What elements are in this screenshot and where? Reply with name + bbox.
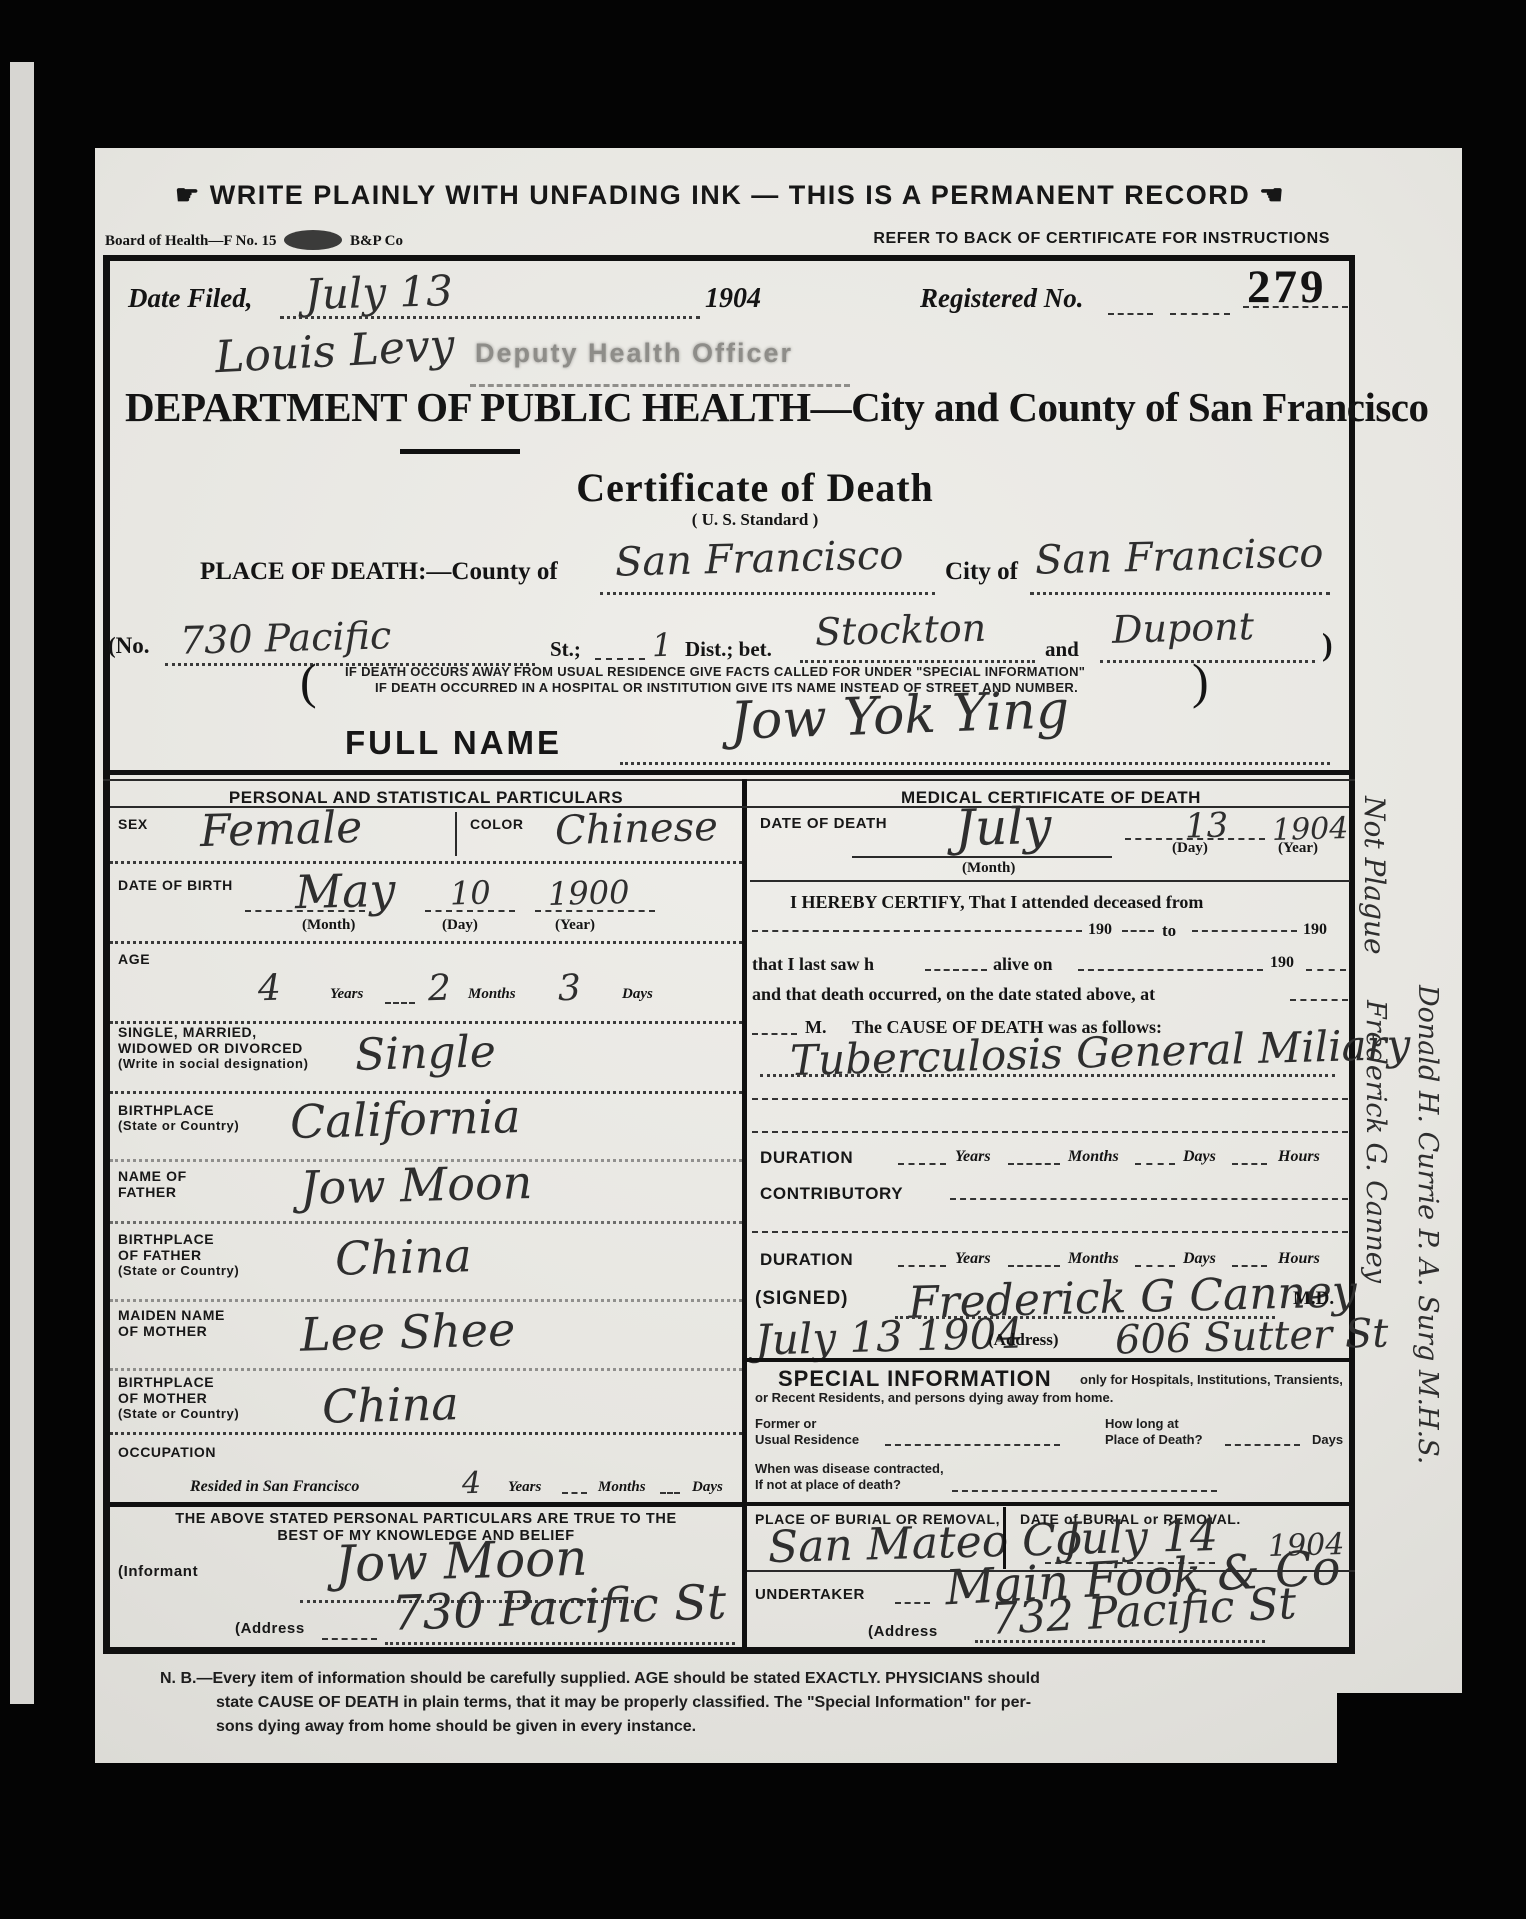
county-value: San Francisco	[614, 532, 904, 586]
dob-year-cap: (Year)	[555, 917, 595, 934]
margin-note-canney: Frederick G. Canney	[1360, 1000, 1391, 1283]
undertaker-address-line	[975, 1640, 1265, 1643]
father-bp-sub: (State or Country)	[118, 1263, 239, 1278]
duration2-years: Years	[955, 1250, 991, 1268]
row-line-7	[110, 1299, 742, 1302]
occurred-fill	[1290, 999, 1348, 1001]
certify-line-1: I HEREBY CERTIFY, That I attended deceas…	[790, 892, 1203, 913]
lastsaw-label-b: alive on	[993, 954, 1053, 975]
informant-address-fill	[322, 1638, 377, 1640]
dob-day-cap: (Day)	[442, 917, 478, 934]
scanned-document-photo: ☛ WRITE PLAINLY WITH UNFADING INK — THIS…	[0, 0, 1526, 1919]
informant-address-line	[385, 1642, 735, 1645]
mother-bp-value: China	[321, 1376, 459, 1434]
street-no-value: 730 Pacific	[179, 613, 391, 663]
certify-fill-3	[1192, 930, 1297, 932]
dod-label: DATE OF DEATH	[760, 815, 887, 832]
duration2-days: Days	[1183, 1250, 1216, 1268]
duration1-hours: Hours	[1278, 1148, 1320, 1166]
birthplace-value: California	[289, 1089, 521, 1149]
contracted-label-2: If not at place of death?	[755, 1477, 901, 1492]
and-label: and	[1045, 637, 1079, 662]
age-months-value: 2	[427, 968, 451, 1010]
contributory-label: CONTRIBUTORY	[760, 1184, 903, 1204]
sex-value: Female	[199, 802, 363, 857]
duration2-fill-1	[898, 1265, 946, 1267]
registered-no-line1	[1108, 313, 1153, 315]
between2-value: Dupont	[1111, 604, 1254, 652]
lastsaw-fill-1	[925, 969, 987, 971]
father-bp-value: China	[334, 1228, 472, 1286]
full-name-value: Jow Yok Ying	[729, 680, 1070, 752]
banner-text: WRITE PLAINLY WITH UNFADING INK — THIS I…	[210, 180, 1251, 210]
note-close-paren: )	[1192, 652, 1209, 710]
father-label-1: NAME OF	[118, 1168, 187, 1184]
form-id-line: Board of Health—F No. 15 B&P Co	[105, 230, 403, 250]
nb-line-2: state CAUSE OF DEATH in plain terms, tha…	[216, 1694, 1031, 1712]
resided-years-value: 4	[462, 1466, 482, 1501]
duration2-fill-2	[1008, 1265, 1060, 1267]
date-filed-label: Date Filed,	[128, 283, 252, 314]
duration1-fill-4	[1232, 1163, 1267, 1165]
howlong-fill	[1225, 1444, 1300, 1446]
mother-label-1: MAIDEN NAME	[118, 1307, 225, 1323]
occupation-label: OCCUPATION	[118, 1444, 216, 1460]
box-left-border	[103, 255, 110, 1654]
special-info-title: SPECIAL INFORMATION	[778, 1366, 1052, 1392]
certify-fill-1	[752, 930, 1082, 932]
city-value: San Francisco	[1034, 530, 1324, 584]
informant-address-value: 730 Pacific St	[391, 1574, 727, 1642]
duration1-fill-3	[1135, 1163, 1175, 1165]
undertaker-label: UNDERTAKER	[755, 1586, 865, 1603]
cause-blank-1	[752, 1098, 1348, 1100]
duration1-fill-1	[898, 1163, 946, 1165]
md-label: M.D.	[1293, 1288, 1334, 1310]
marital-label-3: (Write in social designation)	[118, 1056, 309, 1071]
between1-value: Stockton	[814, 606, 986, 654]
county-line	[600, 592, 935, 595]
informant-address-label: (Address	[235, 1620, 305, 1637]
howlong-label-2: Place of Death?	[1105, 1432, 1203, 1447]
refer-note: REFER TO BACK OF CERTIFICATE FOR INSTRUC…	[860, 230, 1330, 248]
deputy-stamp: Deputy Health Officer	[475, 338, 793, 369]
age-months-word: Months	[468, 986, 516, 1003]
burial-rule	[747, 1502, 1355, 1506]
section-rule-thin	[103, 779, 1355, 781]
sex-label: SEX	[118, 816, 148, 832]
date-filed-year: 1904	[705, 283, 761, 315]
dist-label: Dist.; bet.	[685, 637, 772, 662]
box-right-border	[1349, 255, 1355, 1654]
resided-years-word: Years	[508, 1479, 541, 1496]
medical-header: MEDICAL CERTIFICATE OF DEATH	[747, 788, 1355, 808]
registered-no-label: Registered No.	[920, 283, 1083, 314]
ink-stamp	[284, 230, 342, 250]
birthplace-label: BIRTHPLACE	[118, 1102, 214, 1118]
age-days-value: 3	[557, 968, 581, 1010]
age-years-word: Years	[330, 986, 363, 1003]
top-rule	[103, 255, 1355, 261]
title-divider	[400, 449, 520, 454]
duration2-fill-3	[1135, 1265, 1175, 1267]
place-of-death-label: PLACE OF DEATH:—County of	[200, 558, 558, 586]
lastsaw-190: 190	[1270, 954, 1294, 972]
city-label: City of	[945, 558, 1018, 586]
special-info-note-2: or Recent Residents, and persons dying a…	[755, 1390, 1113, 1405]
row-line-6	[110, 1221, 742, 1224]
dob-month-line	[245, 910, 365, 912]
dob-year-line	[535, 910, 655, 912]
marital-label-1: SINGLE, MARRIED,	[118, 1024, 257, 1040]
resided-label: Resided in San Francisco	[190, 1478, 359, 1496]
close-paren: )	[1322, 626, 1333, 663]
resided-days-word: Days	[692, 1479, 723, 1496]
contracted-label-1: When was disease contracted,	[755, 1461, 944, 1476]
color-label: COLOR	[470, 816, 524, 832]
father-bp-label-2: OF FATHER	[118, 1247, 202, 1263]
mother-bp-label-2: OF MOTHER	[118, 1390, 207, 1406]
signed-address-label: (Address)	[988, 1330, 1059, 1350]
mother-bp-sub: (State or Country)	[118, 1406, 239, 1421]
department-title: DEPARTMENT OF PUBLIC HEALTH—City and Cou…	[125, 383, 1340, 431]
dob-label: DATE OF BIRTH	[118, 877, 233, 893]
marital-value: Single	[354, 1026, 496, 1081]
certificate-title: Certificate of Death	[455, 464, 1055, 511]
registered-no-line2	[1170, 313, 1230, 315]
resided-fill-1	[562, 1492, 587, 1494]
certify-fill-2	[1122, 930, 1154, 932]
undertaker-address-label: (Address	[868, 1623, 938, 1640]
press-co-text: B&P Co	[350, 233, 403, 249]
mother-bp-label-1: BIRTHPLACE	[118, 1374, 214, 1390]
signed-label: (SIGNED)	[755, 1288, 849, 1310]
row-line-1	[110, 861, 742, 864]
howlong-days-word: Days	[1312, 1432, 1343, 1447]
dist-no-value: 1	[652, 626, 673, 665]
father-bp-label-1: BIRTHPLACE	[118, 1231, 214, 1247]
contracted-fill	[952, 1490, 1217, 1492]
certify-to: to	[1162, 921, 1176, 941]
signed-address-value: 606 Sutter St	[1114, 1310, 1388, 1363]
contributory-fill	[950, 1198, 1348, 1200]
date-filed-value: July 13	[304, 266, 453, 319]
page-edge-sliver	[10, 62, 34, 1704]
sex-color-divider	[455, 812, 457, 856]
dod-day-cap: (Day)	[1172, 840, 1208, 857]
column-divider	[742, 779, 747, 1652]
date-filed-line	[280, 316, 700, 319]
undertaker-fill	[895, 1602, 930, 1604]
age-years-value: 4	[257, 968, 281, 1010]
color-value: Chinese	[554, 804, 718, 854]
duration2-months: Months	[1068, 1250, 1119, 1268]
former-label-1: Former or	[755, 1416, 816, 1431]
duration1-days: Days	[1183, 1148, 1216, 1166]
duration2-hours: Hours	[1278, 1250, 1320, 1268]
cause-line	[760, 1074, 1335, 1077]
duration1-fill-2	[1008, 1163, 1060, 1165]
age-fill-1	[385, 1002, 415, 1004]
dist-fill	[595, 658, 645, 660]
howlong-label-1: How long at	[1105, 1416, 1179, 1431]
dob-year-value: 1900	[548, 873, 630, 913]
row-line-2	[110, 941, 742, 944]
city-line	[1030, 592, 1330, 595]
section-rule	[103, 770, 1355, 775]
row-line-8	[110, 1368, 742, 1371]
between1-line	[800, 660, 1035, 663]
lastsaw-label-a: that I last saw h	[752, 954, 874, 975]
cause-blank-2	[752, 1131, 1348, 1133]
occurred-label: and that death occurred, on the date sta…	[752, 984, 1155, 1005]
full-name-line	[620, 762, 1330, 765]
special-info-rule	[747, 1358, 1355, 1362]
dod-month-line	[852, 856, 1112, 858]
margin-note-currie: Donald H. Currie P. A. Surg M.H.S.	[1412, 985, 1443, 1464]
marital-label-2: WIDOWED OR DIVORCED	[118, 1040, 303, 1056]
us-standard-note: ( U. S. Standard )	[605, 510, 905, 530]
certify-190-b: 190	[1303, 921, 1327, 939]
age-label: AGE	[118, 951, 150, 967]
st-label: St.;	[550, 637, 581, 662]
duration1-years: Years	[955, 1148, 991, 1166]
nb-line-1: N. B.—Every item of information should b…	[160, 1670, 1040, 1688]
margin-note-not-plague: Not Plague	[1358, 796, 1391, 955]
mother-value: Lee Shee	[299, 1302, 516, 1362]
duration-label-2: DURATION	[760, 1250, 853, 1270]
box-bottom-border	[103, 1647, 1355, 1654]
lastsaw-fill-3	[1306, 969, 1346, 971]
resided-months-word: Months	[598, 1479, 646, 1496]
dob-day-value: 10	[450, 873, 492, 912]
full-name-label: FULL NAME	[345, 724, 562, 762]
form-id-text: Board of Health—F No. 15	[105, 233, 277, 249]
dod-month-value: July	[954, 797, 1052, 858]
former-label-2: Usual Residence	[755, 1432, 859, 1447]
dod-month-cap: (Month)	[962, 860, 1015, 877]
lastsaw-fill-2	[1078, 969, 1263, 971]
age-days-word: Days	[622, 986, 653, 1003]
contributory-blank	[752, 1231, 1348, 1233]
mother-label-2: OF MOTHER	[118, 1323, 207, 1339]
registered-number-underline	[1243, 306, 1348, 308]
nb-line-3: sons dying away from home should be give…	[216, 1718, 696, 1736]
birthplace-sub: (State or Country)	[118, 1118, 239, 1133]
resided-fill-2	[660, 1492, 680, 1494]
residence-note-line1: IF DEATH OCCURS AWAY FROM USUAL RESIDENC…	[345, 664, 1085, 679]
signed-date-value: July 13 1904	[754, 1308, 1023, 1364]
photo-corner-shadow	[1337, 1693, 1526, 1919]
dob-day-line	[425, 910, 515, 912]
banner: ☛ WRITE PLAINLY WITH UNFADING INK — THIS…	[140, 180, 1320, 211]
father-value: Jow Moon	[299, 1155, 533, 1215]
dob-month-cap: (Month)	[302, 917, 355, 934]
affirmation-line-1: THE ABOVE STATED PERSONAL PARTICULARS AR…	[110, 1511, 742, 1527]
pointing-hand-left-icon: ☚	[1259, 180, 1285, 210]
affirmation-rule	[103, 1502, 747, 1507]
no-label: (No.	[108, 633, 150, 659]
informant-label: (Informant	[118, 1563, 198, 1580]
duration1-months: Months	[1068, 1148, 1119, 1166]
pointing-hand-right-icon: ☛	[175, 180, 201, 210]
certify-190-a: 190	[1088, 921, 1112, 939]
note-open-paren: (	[300, 652, 317, 710]
dod-row-line	[750, 880, 1350, 882]
special-info-note-1: only for Hospitals, Institutions, Transi…	[1080, 1372, 1343, 1387]
father-label-2: FATHER	[118, 1184, 177, 1200]
former-fill	[885, 1444, 1060, 1446]
dod-year-cap: (Year)	[1278, 840, 1318, 857]
duration2-fill-4	[1232, 1265, 1267, 1267]
row-line-9	[110, 1432, 742, 1435]
duration-label-1: DURATION	[760, 1148, 853, 1168]
hour-fill	[752, 1033, 797, 1035]
